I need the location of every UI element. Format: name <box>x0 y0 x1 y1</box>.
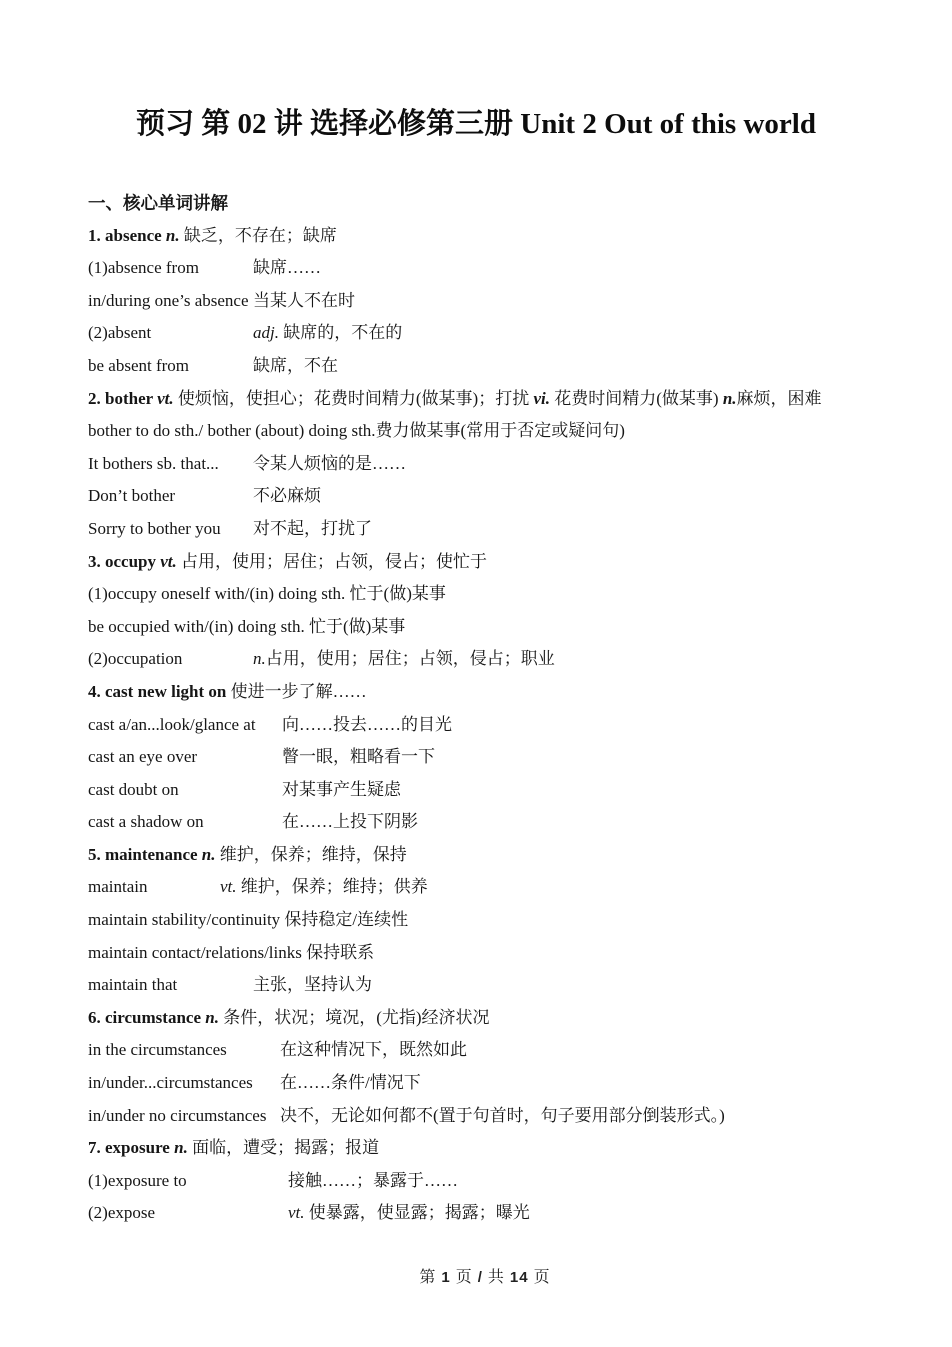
text-segment: maintain contact/relations/links 保持联系 <box>88 943 374 962</box>
vocab-term: cast doubt on <box>88 774 282 807</box>
vocab-row: (2)occupationn.占用，使用；居住；占领，侵占；职业 <box>88 643 882 676</box>
text-segment: 麻烦，困难 <box>737 389 822 408</box>
vocab-row: in/under...circumstances在……条件/情况下 <box>88 1067 882 1100</box>
vocab-row: maintainvt. 维护，保养；维持；供养 <box>88 871 882 904</box>
text-segment: n. <box>253 649 266 668</box>
text-segment: 在……上投下阴影 <box>282 812 418 831</box>
text-segment: 当某人不在时 <box>253 291 355 310</box>
vocab-term: cast a shadow on <box>88 806 282 839</box>
text-segment: 页 <box>451 1269 478 1286</box>
vocab-row: Don’t bother不必麻烦 <box>88 480 882 513</box>
vocab-row: maintain that主张，坚持认为 <box>88 969 882 1002</box>
text-segment: adj. <box>253 323 279 342</box>
text-segment: 缺席，不在 <box>253 356 338 375</box>
text-segment: 条件，状况；境况，(尤指)经济状况 <box>219 1008 490 1027</box>
text-segment: 页 <box>529 1269 551 1286</box>
vocab-definition: vt. 维护，保养；维持；供养 <box>220 871 428 904</box>
text-segment: 在这种情况下，既然如此 <box>280 1040 467 1059</box>
text-segment: vt. <box>160 552 177 571</box>
vocab-definition: adj. 缺席的，不在的 <box>253 317 402 350</box>
vocab-definition: 缺席，不在 <box>253 350 338 383</box>
vocab-term: Don’t bother <box>88 480 253 513</box>
vocab-flow-line: bother to do sth./ bother (about) doing … <box>88 415 882 448</box>
text-segment: (1)occupy oneself with/(in) doing sth. 忙… <box>88 584 446 603</box>
text-segment: vt. <box>220 877 237 896</box>
vocab-row: (1)exposure to接触……；暴露于…… <box>88 1165 882 1198</box>
document-title: 预习 第 02 讲 选择必修第三册 Unit 2 Out of this wor… <box>0 0 952 148</box>
text-segment: vt. <box>288 1203 305 1222</box>
vocab-flow-line: be occupied with/(in) doing sth. 忙于(做)某事 <box>88 611 882 644</box>
vocab-term: in the circumstances <box>88 1034 280 1067</box>
text-segment: n. <box>205 1008 219 1027</box>
vocab-term: in/under...circumstances <box>88 1067 280 1100</box>
text-segment: n. <box>174 1138 188 1157</box>
text-segment: 占用，使用；居住；占领，侵占；职业 <box>266 649 555 668</box>
text-segment: 缺席的，不在的 <box>279 323 402 342</box>
vocab-flow-line: (1)occupy oneself with/(in) doing sth. 忙… <box>88 578 882 611</box>
vocab-flow-line: maintain stability/continuity 保持稳定/连续性 <box>88 904 882 937</box>
vocab-row: be absent from缺席，不在 <box>88 350 882 383</box>
vocab-row: in/under no circumstances决不，无论如何都不(置于句首时… <box>88 1100 882 1133</box>
text-segment: n. <box>166 226 180 245</box>
text-segment: 3. occupy <box>88 552 160 571</box>
vocab-flow-line: maintain contact/relations/links 保持联系 <box>88 937 882 970</box>
text-segment: 维护，保养；维持，保持 <box>216 845 407 864</box>
vocab-term: cast an eye over <box>88 741 282 774</box>
vocab-term: in/during one’s absence <box>88 285 253 318</box>
text-segment: 1. absence <box>88 226 166 245</box>
vocab-term: be absent from <box>88 350 253 383</box>
document-page: 预习 第 02 讲 选择必修第三册 Unit 2 Out of this wor… <box>0 0 952 1347</box>
text-segment: 不必麻烦 <box>253 486 321 505</box>
entry-head-2: 2. bother vt. 使烦恼，使担心；花费时间精力(做某事)；打扰 vi.… <box>88 383 882 416</box>
vocab-definition: 对不起，打扰了 <box>253 513 372 546</box>
text-segment: 花费时间精力(做某事) <box>550 389 723 408</box>
text-segment: 6. circumstance <box>88 1008 205 1027</box>
text-segment: n. <box>723 389 737 408</box>
entry-head-5: 5. maintenance n. 维护，保养；维持，保持 <box>88 839 882 872</box>
vocab-row: (2)exposevt. 使暴露，使显露；揭露；曝光 <box>88 1197 882 1230</box>
vocab-definition: 在这种情况下，既然如此 <box>280 1034 467 1067</box>
text-segment: 使烦恼，使担心；花费时间精力(做某事)；打扰 <box>174 389 534 408</box>
text-segment: 7. exposure <box>88 1138 174 1157</box>
vocab-term: cast a/an...look/glance at <box>88 709 282 742</box>
page-number: 第 1 页 / 共 14 页 <box>88 1268 882 1288</box>
vocab-definition: 主张，坚持认为 <box>253 969 372 1002</box>
vocab-definition: n.占用，使用；居住；占领，侵占；职业 <box>253 643 555 676</box>
vocab-row: cast a shadow on在……上投下阴影 <box>88 806 882 839</box>
text-segment: 令某人烦恼的是…… <box>253 454 406 473</box>
vocab-row: cast an eye over瞥一眼，粗略看一下 <box>88 741 882 774</box>
text-segment: 第 <box>419 1269 441 1286</box>
vocab-definition: 决不，无论如何都不(置于句首时，句子要用部分倒装形式。) <box>280 1100 725 1133</box>
vocab-term: (2)occupation <box>88 643 253 676</box>
vocab-row: in the circumstances在这种情况下，既然如此 <box>88 1034 882 1067</box>
vocab-term: in/under no circumstances <box>88 1100 280 1133</box>
text-segment: 占用，使用；居住；占领，侵占；使忙于 <box>177 552 487 571</box>
text-segment: 瞥一眼，粗略看一下 <box>282 747 435 766</box>
text-segment: vi. <box>533 389 550 408</box>
vocab-term: maintain that <box>88 969 253 1002</box>
text-segment: 对不起，打扰了 <box>253 519 372 538</box>
vocab-row: in/during one’s absence当某人不在时 <box>88 285 882 318</box>
vocab-row: (2)absentadj. 缺席的，不在的 <box>88 317 882 350</box>
entry-head-3: 3. occupy vt. 占用，使用；居住；占领，侵占；使忙于 <box>88 546 882 579</box>
vocab-definition: 瞥一眼，粗略看一下 <box>282 741 435 774</box>
text-segment: 缺乏，不存在；缺席 <box>180 226 337 245</box>
text-segment: 维护，保养；维持；供养 <box>237 877 428 896</box>
vocab-definition: 对某事产生疑虑 <box>282 774 401 807</box>
text-segment: 5. maintenance <box>88 845 202 864</box>
text-segment: 4. cast new light on <box>88 682 226 701</box>
text-segment: 2. bother <box>88 389 157 408</box>
text-segment: 缺席…… <box>253 258 321 277</box>
text-segment: 决不，无论如何都不(置于句首时，句子要用部分倒装形式。) <box>280 1106 725 1125</box>
vocab-row: cast a/an...look/glance at向……投去……的目光 <box>88 709 882 742</box>
document-body: 一、核心单词讲解 1. absence n. 缺乏，不存在；缺席(1)absen… <box>88 187 882 1288</box>
vocab-term: (1)absence from <box>88 252 253 285</box>
text-segment: 共 <box>483 1269 510 1286</box>
text-segment: 主张，坚持认为 <box>253 975 372 994</box>
entry-head-6: 6. circumstance n. 条件，状况；境况，(尤指)经济状况 <box>88 1002 882 1035</box>
vocab-row: cast doubt on对某事产生疑虑 <box>88 774 882 807</box>
vocab-row: (1)absence from缺席…… <box>88 252 882 285</box>
text-segment: n. <box>202 845 216 864</box>
vocab-definition: 当某人不在时 <box>253 285 355 318</box>
text-segment: 面临，遭受；揭露；报道 <box>188 1138 379 1157</box>
section-heading: 一、核心单词讲解 <box>88 187 882 220</box>
vocab-definition: 令某人烦恼的是…… <box>253 448 406 481</box>
vocab-term: Sorry to bother you <box>88 513 253 546</box>
vocab-term: (1)exposure to <box>88 1165 288 1198</box>
vocab-term: (2)expose <box>88 1197 288 1230</box>
text-segment: 1 <box>441 1269 450 1286</box>
text-segment: 使进一步了解…… <box>226 682 366 701</box>
text-segment: vt. <box>157 389 174 408</box>
vocab-definition: vt. 使暴露，使显露；揭露；曝光 <box>288 1197 530 1230</box>
text-segment: 14 <box>510 1269 529 1286</box>
vocab-definition: 在……条件/情况下 <box>280 1067 421 1100</box>
entry-head-7: 7. exposure n. 面临，遭受；揭露；报道 <box>88 1132 882 1165</box>
text-segment: 在……条件/情况下 <box>280 1073 421 1092</box>
vocab-definition: 向……投去……的目光 <box>282 709 452 742</box>
text-segment: 使暴露，使显露；揭露；曝光 <box>305 1203 530 1222</box>
vocab-row: Sorry to bother you对不起，打扰了 <box>88 513 882 546</box>
vocab-definition: 缺席…… <box>253 252 321 285</box>
vocab-term: It bothers sb. that... <box>88 448 253 481</box>
vocab-entries: 1. absence n. 缺乏，不存在；缺席(1)absence from缺席… <box>88 220 882 1230</box>
vocab-definition: 不必麻烦 <box>253 480 321 513</box>
vocab-definition: 在……上投下阴影 <box>282 806 418 839</box>
vocab-row: It bothers sb. that...令某人烦恼的是…… <box>88 448 882 481</box>
text-segment: maintain stability/continuity 保持稳定/连续性 <box>88 910 408 929</box>
vocab-term: (2)absent <box>88 317 253 350</box>
text-segment: be occupied with/(in) doing sth. 忙于(做)某事 <box>88 617 405 636</box>
entry-head-4: 4. cast new light on 使进一步了解…… <box>88 676 882 709</box>
text-segment: 接触……；暴露于…… <box>288 1171 458 1190</box>
vocab-term: maintain <box>88 871 220 904</box>
text-segment: 向……投去……的目光 <box>282 715 452 734</box>
entry-head-1: 1. absence n. 缺乏，不存在；缺席 <box>88 220 882 253</box>
text-segment: bother to do sth./ bother (about) doing … <box>88 421 625 440</box>
text-segment: 对某事产生疑虑 <box>282 780 401 799</box>
vocab-definition: 接触……；暴露于…… <box>288 1165 458 1198</box>
